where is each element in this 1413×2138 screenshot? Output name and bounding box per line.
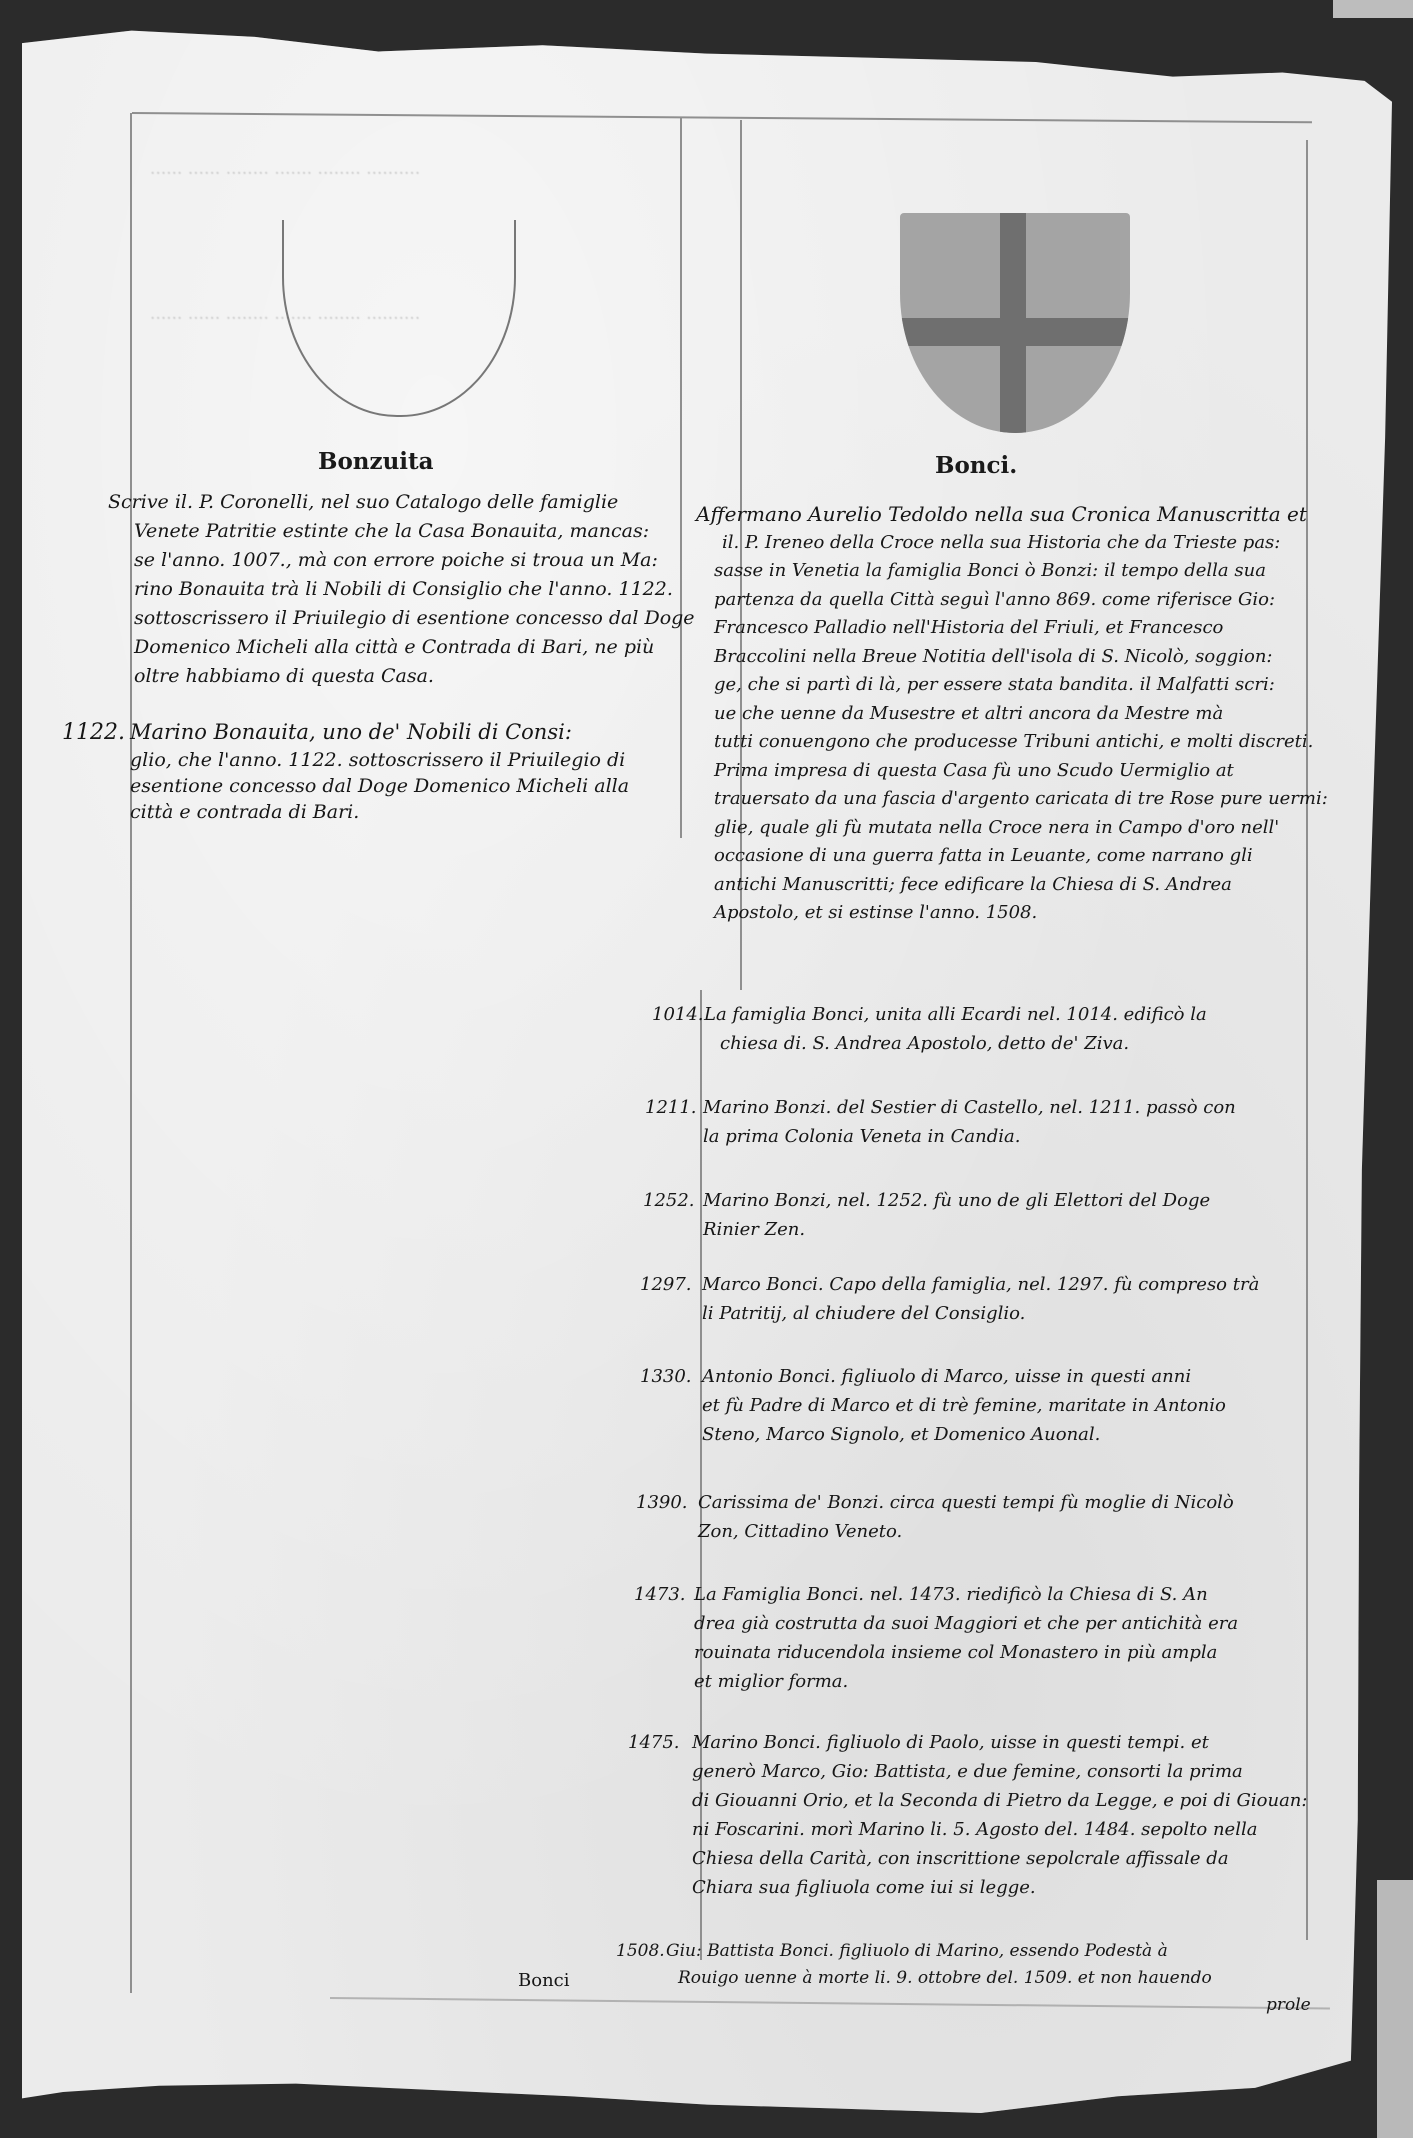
family-name-bonci: Bonci.	[935, 452, 1017, 479]
text-line: generò Marco, Gio: Battista, e due femin…	[692, 1757, 1307, 1786]
right-intro-paragraph: Affermano Aurelio Tedoldo nella sua Cron…	[696, 500, 1328, 928]
catchword: Bonci	[518, 1966, 570, 1995]
entry-year: 1252.	[643, 1186, 695, 1215]
text-line: La Famiglia Bonci. nel. 1473. riedificò …	[694, 1580, 1238, 1609]
left-intro-paragraph: Scrive il. P. Coronelli, nel suo Catalog…	[108, 488, 695, 691]
text-line: il. P. Ireneo della Croce nella sua Hist…	[696, 529, 1328, 558]
text-line: partenza da quella Città seguì l'anno 86…	[696, 586, 1328, 615]
entry-year: 1122.	[62, 718, 125, 747]
text-line: tutti conuengono che producesse Tribuni …	[696, 728, 1328, 757]
text-line: di Giouanni Orio, et la Seconda di Pietr…	[692, 1786, 1307, 1815]
frame-right-rule	[1306, 140, 1308, 1940]
text-line: antichi Manuscritti; fece edificare la C…	[696, 871, 1328, 900]
text-line: prole	[666, 1992, 1311, 2019]
text-line: rouinata riducendola insieme col Monaste…	[694, 1638, 1238, 1667]
text-line: Marco Bonci. Capo della famiglia, nel. 1…	[702, 1270, 1259, 1299]
text-line: La famiglia Bonci, unita alli Ecardi nel…	[704, 1000, 1207, 1029]
text-line: Francesco Palladio nell'Historia del Fri…	[696, 614, 1328, 643]
text-line: sasse in Venetia la famiglia Bonci ò Bon…	[696, 557, 1328, 586]
entry-year: 1297.	[640, 1270, 692, 1299]
text-line: Marino Bonci. figliuolo di Paolo, uisse …	[692, 1728, 1307, 1757]
text-line: città e contrada di Bari.	[130, 799, 730, 825]
entry-year: 1475.	[628, 1728, 680, 1757]
frame-left-rule	[130, 113, 132, 1993]
text-line: Chiara sua figliuola come iui si legge.	[692, 1873, 1307, 1902]
text-line: la prima Colonia Veneta in Candia.	[703, 1122, 1236, 1151]
text-line: Affermano Aurelio Tedoldo nella sua Cron…	[696, 500, 1328, 529]
text-line: Venete Patritie estinte che la Casa Bona…	[108, 517, 695, 546]
text-line: Apostolo, et si estinse l'anno. 1508.	[696, 899, 1328, 928]
text-line: sottoscrissero il Priuilegio di esention…	[108, 604, 695, 633]
text-line: drea già costrutta da suoi Maggiori et c…	[694, 1609, 1238, 1638]
text-line: et fù Padre di Marco et di trè femine, m…	[702, 1391, 1226, 1420]
text-line: Antonio Bonci. figliuolo di Marco, uisse…	[702, 1362, 1226, 1391]
text-line: esentione concesso dal Doge Domenico Mic…	[130, 773, 730, 799]
entry-year: 1473.	[634, 1580, 686, 1609]
text-line: Prima impresa di questa Casa fù uno Scud…	[696, 757, 1328, 786]
cross-horizontal	[900, 318, 1130, 346]
text-line: rino Bonauita trà li Nobili di Consiglio…	[108, 575, 695, 604]
adjacent-page-corner	[1333, 0, 1413, 18]
text-line: Chiesa della Carità, con inscrittione se…	[692, 1844, 1307, 1873]
text-line: ue che uenne da Musestre et altri ancora…	[696, 700, 1328, 729]
entry-year: 1390.	[636, 1488, 688, 1517]
text-line: ge, che si partì di là, per essere stata…	[696, 671, 1328, 700]
text-line: occasione di una guerra fatta in Leuante…	[696, 842, 1328, 871]
entry-year: 1508.	[616, 1938, 665, 1965]
text-line: Rinier Zen.	[703, 1215, 1210, 1244]
text-line: et miglior forma.	[694, 1667, 1238, 1696]
text-line: oltre habbiamo di questa Casa.	[108, 662, 695, 691]
text-line: trauersato da una fascia d'argento caric…	[696, 785, 1328, 814]
text-line: Marino Bonzi. del Sestier di Castello, n…	[703, 1093, 1236, 1122]
text-line: Marino Bonauita, uno de' Nobili di Consi…	[130, 718, 730, 747]
text-line: li Patritij, al chiudere del Consiglio.	[702, 1299, 1259, 1328]
text-line: Steno, Marco Signolo, et Domenico Auonal…	[702, 1420, 1226, 1449]
text-line: Zon, Cittadino Veneto.	[698, 1517, 1234, 1546]
bleed-through-text: .......... ........ ....... ........ ...…	[150, 155, 420, 183]
text-line: Carissima de' Bonzi. circa questi tempi …	[698, 1488, 1234, 1517]
entry-year: 1014.	[652, 1000, 704, 1029]
text-line: glie, quale gli fù mutata nella Croce ne…	[696, 814, 1328, 843]
text-line: Marino Bonzi, nel. 1252. fù uno de gli E…	[703, 1186, 1210, 1215]
text-line: glio, che l'anno. 1122. sottoscrissero i…	[130, 747, 730, 773]
text-line: Giu: Battista Bonci. figliuolo di Marino…	[666, 1938, 1311, 1965]
adjacent-page-edge	[1377, 1880, 1413, 2138]
text-line: Braccolini nella Breue Notitia dell'isol…	[696, 643, 1328, 672]
text-line: chiesa di. S. Andrea Apostolo, detto de'…	[704, 1029, 1207, 1058]
text-line: Scrive il. P. Coronelli, nel suo Catalog…	[108, 488, 695, 517]
text-line: se l'anno. 1007., mà con errore poiche s…	[108, 546, 695, 575]
entry-year: 1211.	[645, 1093, 697, 1122]
entry-year: 1330.	[640, 1362, 692, 1391]
family-name-bonzuita: Bonzuita	[318, 448, 434, 475]
text-line: Domenico Micheli alla città e Contrada d…	[108, 633, 695, 662]
text-line: Rouigo uenne à morte li. 9. ottobre del.…	[666, 1965, 1311, 1992]
text-line: ni Foscarini. morì Marino li. 5. Agosto …	[692, 1815, 1307, 1844]
